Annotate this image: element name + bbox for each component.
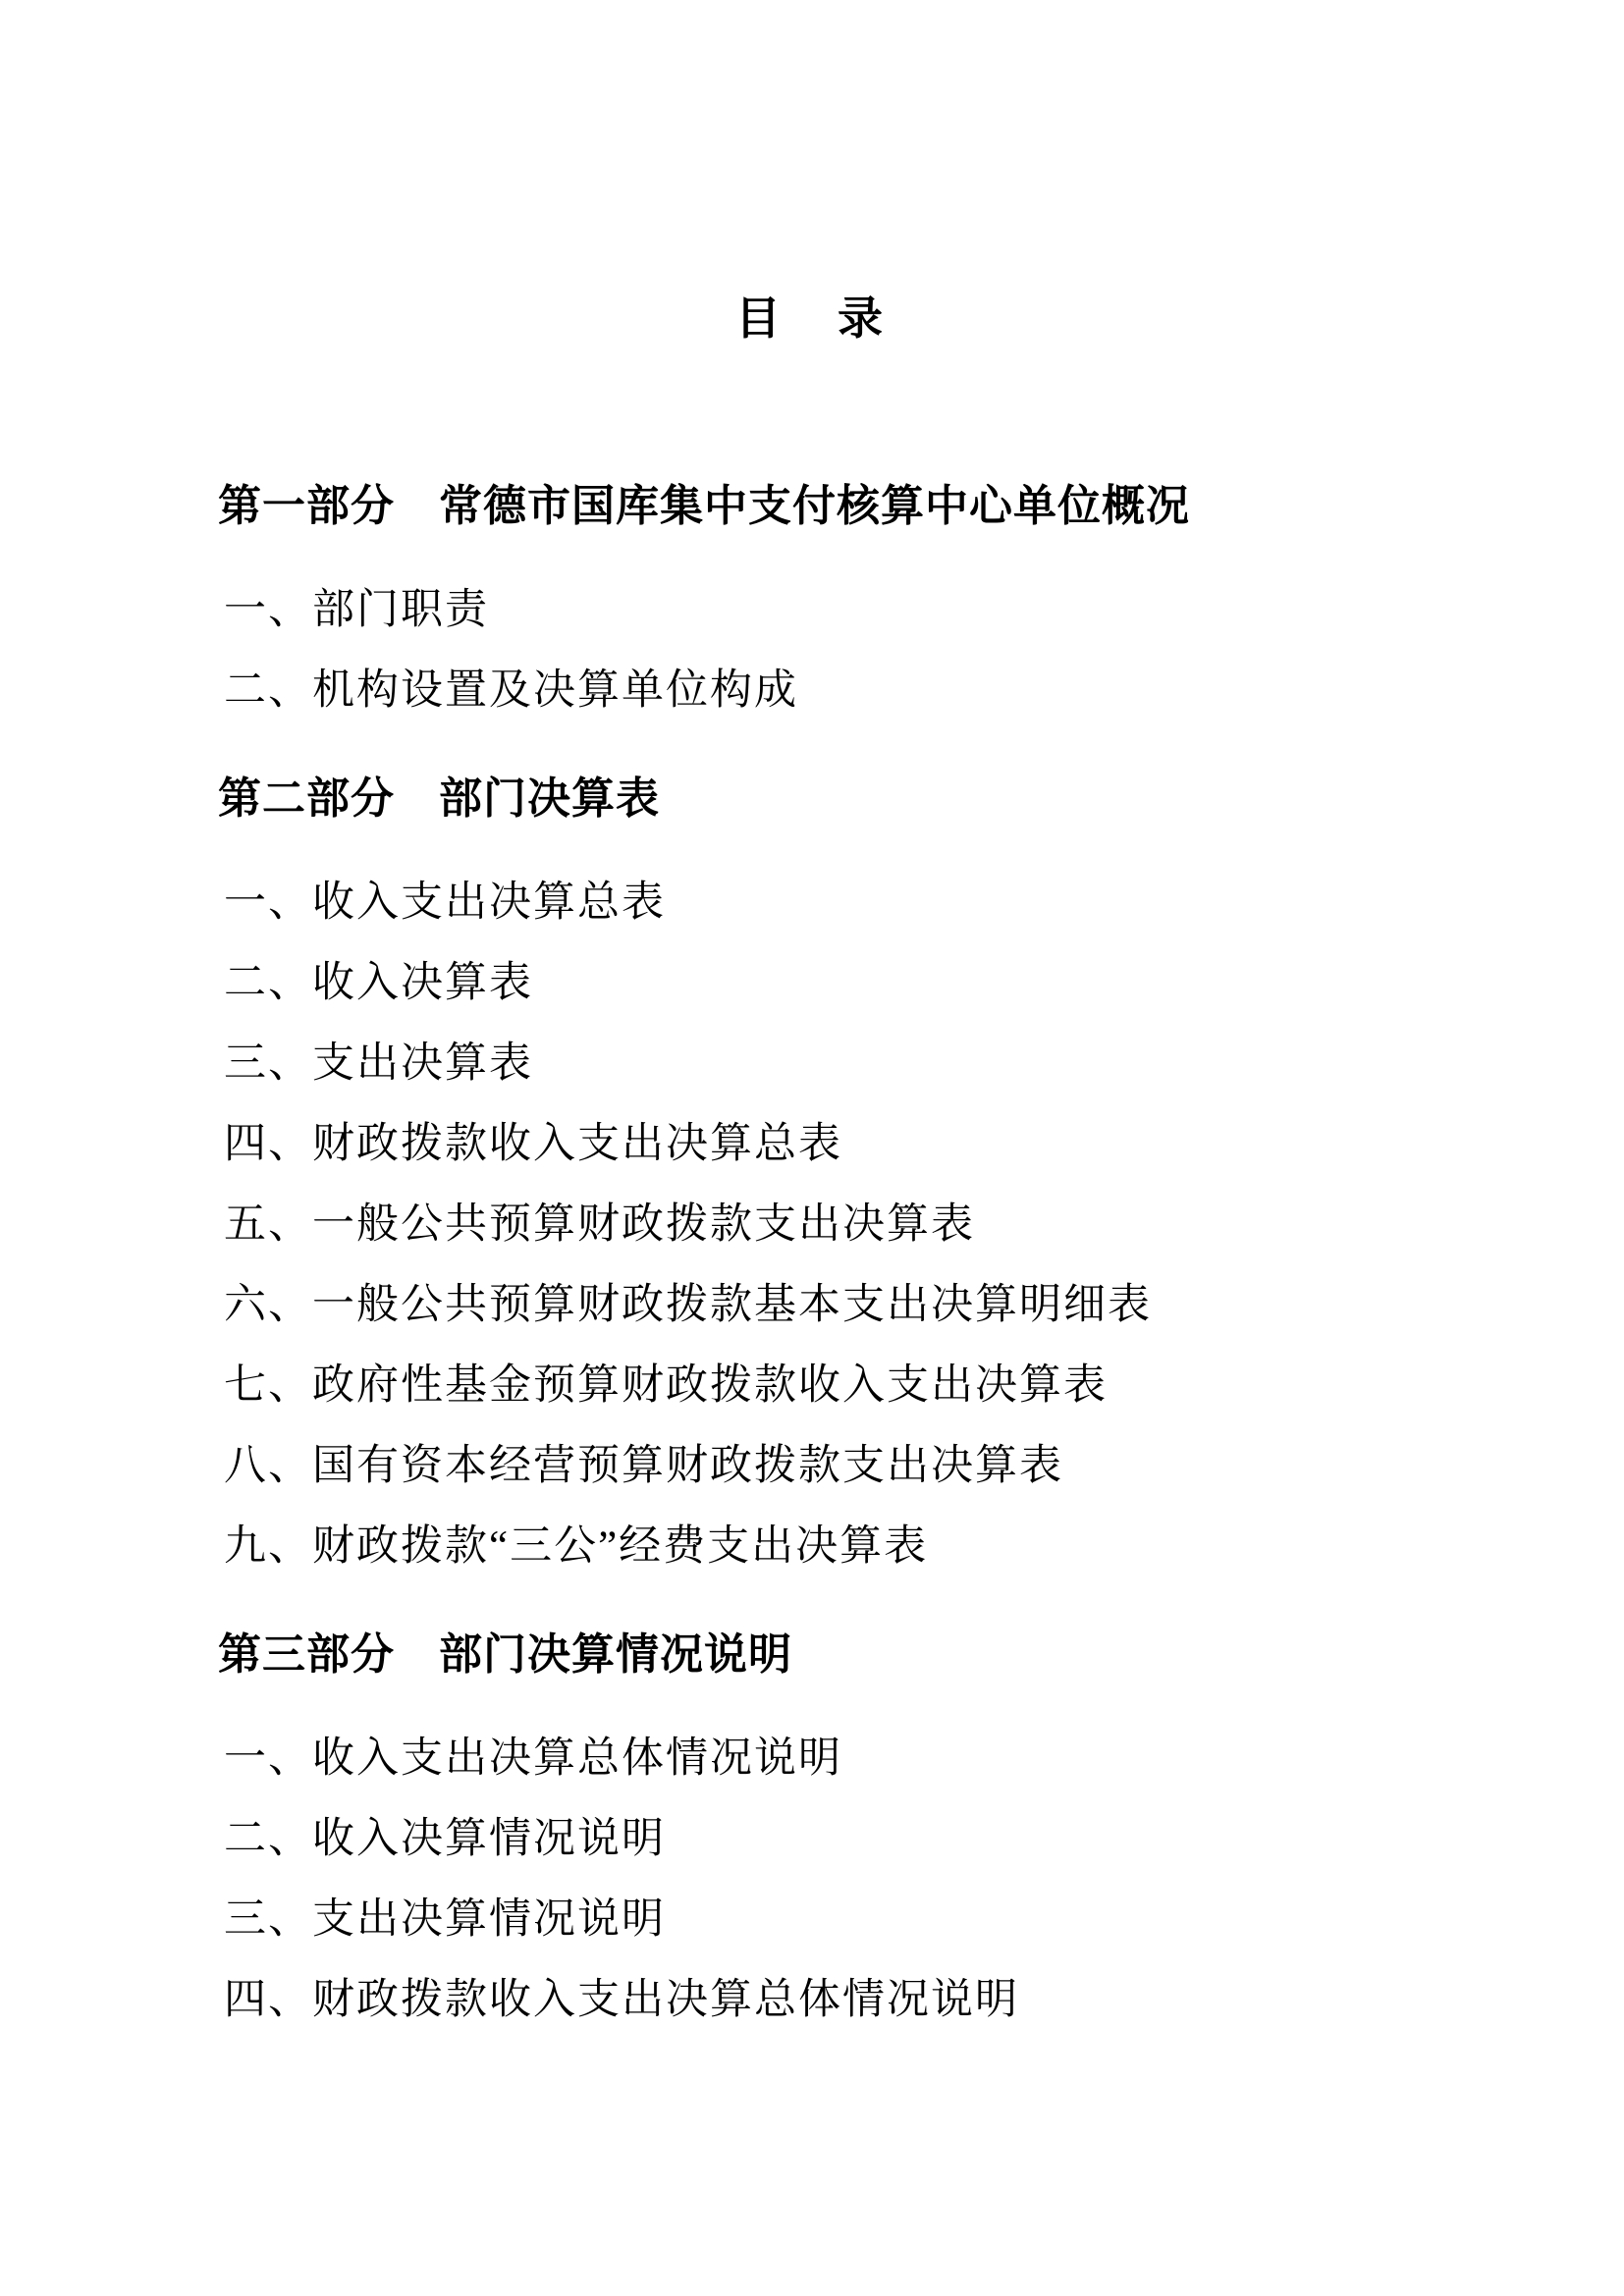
toc-part1-item-1: 一、部门职责 <box>224 589 1506 631</box>
document-page: 目 录 第一部分 常德市国库集中支付核算中心单位概况 一、部门职责 二、机构设置… <box>0 0 1624 2296</box>
toc-part3-item-4: 四、财政拨款收入支出决算总体情况说明 <box>224 1979 1506 2021</box>
toc-part2-item-5: 五、一般公共预算财政拨款支出决算表 <box>224 1203 1506 1246</box>
toc-part2-heading: 第二部分 部门决算表 <box>218 777 1506 821</box>
toc-part2-item-7: 七、政府性基金预算财政拨款收入支出决算表 <box>224 1364 1506 1407</box>
toc-part3-heading: 第三部分 部门决算情况说明 <box>218 1633 1506 1677</box>
toc-title: 目 录 <box>0 295 1624 341</box>
toc-part2-item-2: 二、收入决算表 <box>224 962 1506 1004</box>
toc-part2-item-4: 四、财政拨款收入支出决算总表 <box>224 1123 1506 1165</box>
toc-part3-item-2: 二、收入决算情况说明 <box>224 1818 1506 1860</box>
toc-part1-heading: 第一部分 常德市国库集中支付核算中心单位概况 <box>218 485 1506 528</box>
toc-part3-item-1: 一、收入支出决算总体情况说明 <box>224 1737 1506 1780</box>
toc-part3-item-3: 三、支出决算情况说明 <box>224 1898 1506 1941</box>
toc-part2-item-8: 八、国有资本经营预算财政拨款支出决算表 <box>224 1445 1506 1487</box>
toc-part2-item-6: 六、一般公共预算财政拨款基本支出决算明细表 <box>224 1284 1506 1326</box>
toc-content: 第一部分 常德市国库集中支付核算中心单位概况 一、部门职责 二、机构设置及决算单… <box>218 344 1506 2021</box>
toc-part2-item-1: 一、收入支出决算总表 <box>224 881 1506 924</box>
toc-part2-item-3: 三、支出决算表 <box>224 1042 1506 1085</box>
toc-part1-item-2: 二、机构设置及决算单位构成 <box>224 669 1506 712</box>
toc-part2-item-9: 九、财政拨款“三公”经费支出决算表 <box>224 1525 1506 1568</box>
